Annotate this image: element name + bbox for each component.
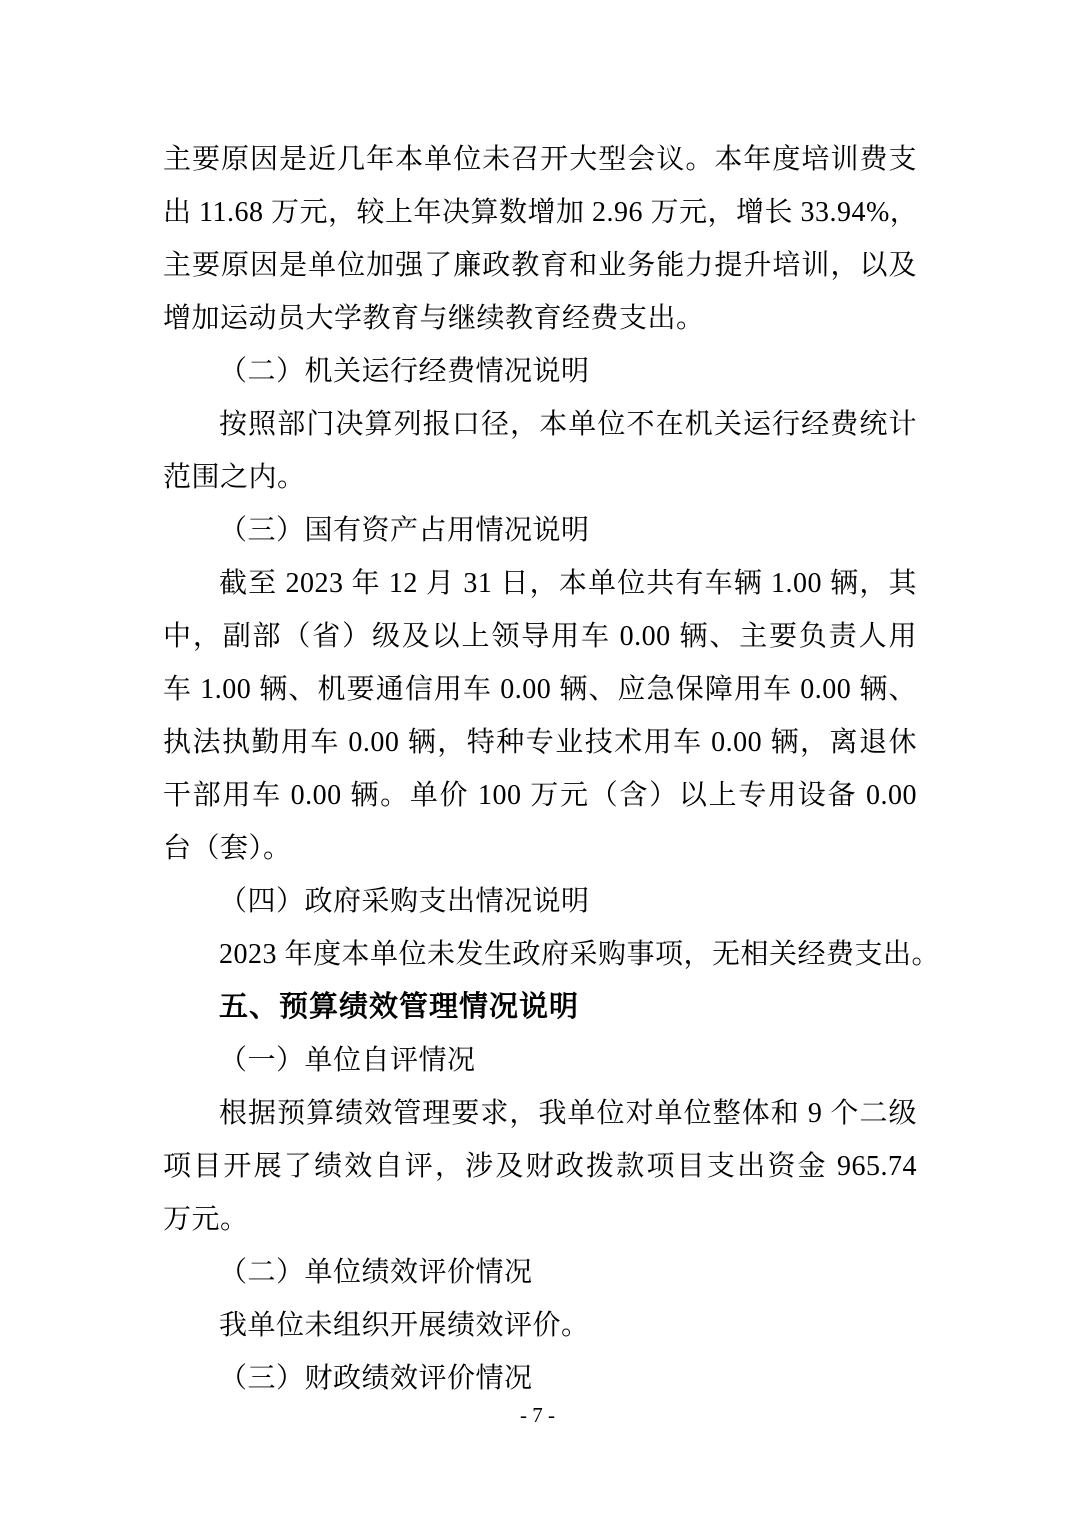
- text-line: 增加运动员大学教育与继续教育经费支出。: [163, 292, 917, 345]
- page-number: - 7 -: [0, 1400, 1075, 1430]
- text-line: 我单位未组织开展绩效评价。: [163, 1299, 917, 1352]
- text-line: 干部用车 0.00 辆。单价 100 万元（含）以上专用设备 0.00: [163, 769, 917, 822]
- text-line: 执法执勤用车 0.00 辆，特种专业技术用车 0.00 辆，离退休: [163, 716, 917, 769]
- text-line: 车 1.00 辆、机要通信用车 0.00 辆、应急保障用车 0.00 辆、: [163, 663, 917, 716]
- text-line: 根据预算绩效管理要求，我单位对单位整体和 9 个二级: [163, 1087, 917, 1140]
- section-heading: （四）政府采购支出情况说明: [163, 875, 917, 928]
- document-body: 主要原因是近几年本单位未召开大型会议。本年度培训费支出 11.68 万元，较上年…: [163, 133, 917, 1405]
- text-line: 中，副部（省）级及以上领导用车 0.00 辆、主要负责人用: [163, 610, 917, 663]
- document-page: 主要原因是近几年本单位未召开大型会议。本年度培训费支出 11.68 万元，较上年…: [0, 0, 1075, 1520]
- text-line: 主要原因是单位加强了廉政教育和业务能力提升培训，以及: [163, 239, 917, 292]
- chapter-heading: 五、预算绩效管理情况说明: [163, 981, 917, 1034]
- text-line: 2023 年度本单位未发生政府采购事项，无相关经费支出。: [163, 928, 917, 981]
- section-heading: （二）机关运行经费情况说明: [163, 345, 917, 398]
- text-line: 主要原因是近几年本单位未召开大型会议。本年度培训费支: [163, 133, 917, 186]
- text-line: 截至 2023 年 12 月 31 日，本单位共有车辆 1.00 辆，其: [163, 557, 917, 610]
- text-line: 出 11.68 万元，较上年决算数增加 2.96 万元，增长 33.94%，: [163, 186, 917, 239]
- section-heading: （二）单位绩效评价情况: [163, 1246, 917, 1299]
- text-line: 项目开展了绩效自评，涉及财政拨款项目支出资金 965.74: [163, 1140, 917, 1193]
- text-line: 范围之内。: [163, 451, 917, 504]
- section-heading: （三）财政绩效评价情况: [163, 1352, 917, 1405]
- text-line: 台（套）。: [163, 822, 917, 875]
- section-heading: （一）单位自评情况: [163, 1034, 917, 1087]
- text-line: 按照部门决算列报口径，本单位不在机关运行经费统计: [163, 398, 917, 451]
- section-heading: （三）国有资产占用情况说明: [163, 504, 917, 557]
- text-line: 万元。: [163, 1193, 917, 1246]
